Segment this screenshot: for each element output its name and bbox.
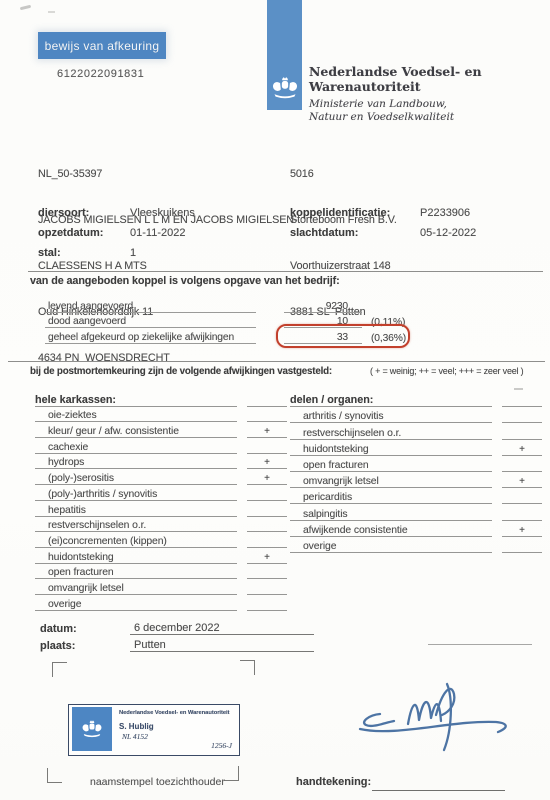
checklist-title: hele karkassen: xyxy=(35,394,237,407)
checklist-title: delen / organen: xyxy=(290,394,492,407)
item-label: cachexie xyxy=(35,442,237,454)
list-item: afwijkende consistentie+ xyxy=(290,521,542,537)
place-row: plaats: Putten xyxy=(40,635,320,652)
place-label: plaats: xyxy=(40,640,130,652)
item-label: omvangrijk letsel xyxy=(35,583,237,595)
checklist-header: hele karkassen: xyxy=(35,391,287,407)
parts-organs-checklist: delen / organen: arthritis / synovitis r… xyxy=(290,391,542,553)
row-label: dood aangevoerd xyxy=(45,316,256,328)
date-place-block: datum: 6 december 2022 plaats: Putten xyxy=(40,618,320,652)
list-item: pericarditis xyxy=(290,488,542,504)
item-mark: + xyxy=(247,457,287,469)
item-mark xyxy=(502,422,542,423)
row-label: geheel afgekeurd op ziekelijke afwijking… xyxy=(45,332,256,344)
legend-text: ( + = weinig; ++ = veel; +++ = zeer veel… xyxy=(370,366,523,376)
logo-banner xyxy=(267,0,302,110)
declaration-heading: van de aangeboden koppel is volgens opga… xyxy=(30,275,340,287)
org-name-line1: Nederlandse Voedsel- en xyxy=(309,65,482,80)
item-label: (poly-)serositis xyxy=(35,473,237,485)
slaughterhouse-line: 5016 xyxy=(290,167,520,182)
item-label: afwijkende consistentie xyxy=(290,525,492,537)
stamp-org-name: Nederlandse Voedsel- en Warenautoriteit xyxy=(119,710,233,716)
section-divider xyxy=(8,361,545,362)
field-row: slachtdatum: 05-12-2022 xyxy=(290,223,545,243)
item-label: (poly-)arthritis / synovitis xyxy=(35,489,237,501)
field-value: Vleeskuikens xyxy=(130,207,195,219)
item-mark xyxy=(502,503,542,504)
item-label: open fracturen xyxy=(35,567,237,579)
list-item: huidontsteking+ xyxy=(35,548,287,564)
field-value: 01-11-2022 xyxy=(130,227,185,239)
date-row: datum: 6 december 2022 xyxy=(40,618,320,635)
item-mark xyxy=(247,594,287,595)
table-row: levend aangevoerd 9230 xyxy=(45,297,475,313)
field-label: koppelidentificatie: xyxy=(290,207,420,219)
mark-cell xyxy=(502,406,542,407)
org-header: Nederlandse Voedsel- en Warenautoriteit … xyxy=(309,65,482,125)
item-label: pericarditis xyxy=(290,492,492,504)
scan-stray-line xyxy=(428,644,532,645)
scan-smudge xyxy=(48,11,55,13)
item-mark xyxy=(247,578,287,579)
item-label: salpingitis xyxy=(290,509,492,521)
item-mark: + xyxy=(247,426,287,438)
section-divider xyxy=(28,271,543,272)
field-value: 05-12-2022 xyxy=(420,227,476,239)
stamp-frame-corner xyxy=(52,662,67,677)
ministry-line1: Ministerie van Landbouw, xyxy=(309,98,482,112)
coat-of-arms-icon xyxy=(271,76,299,105)
list-item: huidontsteking+ xyxy=(290,440,542,456)
inspector-name-stamp: Nederlandse Voedsel- en Warenautoriteit … xyxy=(68,704,240,756)
stamp-frame-corner xyxy=(224,766,239,781)
stamp-frame-corner xyxy=(240,660,255,675)
list-item: (poly-)arthritis / synovitis xyxy=(35,485,287,501)
field-label: diersoort: xyxy=(38,207,130,219)
list-item: (ei)concrementen (kippen) xyxy=(35,532,287,548)
list-item: (poly-)serositis+ xyxy=(35,469,287,485)
handwritten-signature-icon xyxy=(348,668,518,756)
item-mark xyxy=(502,552,542,553)
stamp-registration-number: NL 4152 xyxy=(122,732,233,741)
item-mark xyxy=(247,453,287,454)
list-item: kleur/ geur / afw. consistentie+ xyxy=(35,422,287,438)
field-row: diersoort: Vleeskuikens xyxy=(38,203,283,223)
checklist-header: delen / organen: xyxy=(290,391,542,407)
field-label: slachtdatum: xyxy=(290,227,420,239)
addressee-line: NL_50-35397 xyxy=(38,167,313,182)
item-mark: + xyxy=(247,473,287,485)
fields-left: diersoort: Vleeskuikens opzetdatum: 01-1… xyxy=(38,203,283,263)
item-label: (ei)concrementen (kippen) xyxy=(35,536,237,548)
item-mark xyxy=(502,439,542,440)
item-label: restverschijnselen o.r. xyxy=(35,520,237,532)
table-row: dood aangevoerd 10 (0,11%) xyxy=(45,313,475,329)
org-name-line2: Warenautoriteit xyxy=(309,80,482,95)
list-item: open fracturen xyxy=(35,564,287,580)
item-label: kleur/ geur / afw. consistentie xyxy=(35,426,237,438)
addressee-line: 4634 PN WOENSDRECHT xyxy=(38,351,313,366)
field-row: koppelidentificatie: P2233906 xyxy=(290,203,545,223)
list-item: arthritis / synovitis xyxy=(290,407,542,423)
list-item: cachexie xyxy=(35,438,287,454)
item-mark xyxy=(247,610,287,611)
postmortem-heading: bij de postmortemkeuring zijn de volgend… xyxy=(30,366,332,377)
scanned-document-page: bewijs van afkeuring 6122022091831 Neder… xyxy=(0,0,550,800)
item-mark xyxy=(247,531,287,532)
list-item: hydrops+ xyxy=(35,454,287,470)
item-mark xyxy=(247,516,287,517)
list-item: oie-ziektes xyxy=(35,407,287,423)
item-label: hepatitis xyxy=(35,505,237,517)
item-mark xyxy=(502,520,542,521)
list-item: overige xyxy=(35,595,287,611)
list-item: omvangrijk letsel+ xyxy=(290,472,542,488)
field-row: opzetdatum: 01-11-2022 xyxy=(38,223,283,243)
doc-type-badge: bewijs van afkeuring xyxy=(38,32,166,59)
list-item: restverschijnselen o.r. xyxy=(290,423,542,439)
stamp-code: 1256-J xyxy=(211,741,232,750)
item-mark: + xyxy=(247,552,287,564)
mark-cell xyxy=(247,406,287,407)
fields-right: koppelidentificatie: P2233906 slachtdatu… xyxy=(290,203,545,243)
doc-type-label: bewijs van afkeuring xyxy=(45,39,160,53)
field-value: P2233906 xyxy=(420,207,470,219)
field-label: opzetdatum: xyxy=(38,227,130,239)
list-item: open fracturen xyxy=(290,456,542,472)
date-value: 6 december 2022 xyxy=(130,622,314,635)
row-value: 9230 xyxy=(284,301,362,313)
item-label: hydrops xyxy=(35,457,237,469)
list-item: omvangrijk letsel xyxy=(35,579,287,595)
item-mark: + xyxy=(502,525,542,537)
red-highlight-circle xyxy=(276,324,410,348)
item-label: huidontsteking xyxy=(290,444,492,456)
scan-smudge xyxy=(20,5,31,11)
signature-label: handtekening: xyxy=(296,776,371,788)
list-item: overige xyxy=(290,537,542,553)
item-mark: + xyxy=(502,444,542,456)
signature-line xyxy=(372,790,505,791)
scan-artifact-dash xyxy=(514,388,523,390)
item-label: restverschijnselen o.r. xyxy=(290,428,492,440)
item-label: omvangrijk letsel xyxy=(290,476,492,488)
coat-of-arms-icon xyxy=(72,707,112,751)
ministry-line2: Natuur en Voedselkwaliteit xyxy=(309,111,482,125)
item-mark: + xyxy=(502,476,542,488)
carcasses-checklist: hele karkassen: oie-ziektes kleur/ geur … xyxy=(35,391,287,611)
declaration-table: levend aangevoerd 9230 dood aangevoerd 1… xyxy=(45,297,475,344)
item-label: overige xyxy=(35,599,237,611)
list-item: salpingitis xyxy=(290,504,542,520)
item-mark xyxy=(247,500,287,501)
stamp-inspector-name: S. Hublig xyxy=(119,722,233,731)
item-label: arthritis / synovitis xyxy=(290,411,492,423)
item-label: oie-ziektes xyxy=(35,410,237,422)
item-mark xyxy=(247,421,287,422)
doc-number: 6122022091831 xyxy=(57,68,144,80)
date-label: datum: xyxy=(40,623,130,635)
list-item: hepatitis xyxy=(35,501,287,517)
table-row: geheel afgekeurd op ziekelijke afwijking… xyxy=(45,328,475,344)
item-label: open fracturen xyxy=(290,460,492,472)
item-mark xyxy=(502,471,542,472)
field-label: stal: xyxy=(38,247,130,259)
row-label: levend aangevoerd xyxy=(45,301,256,313)
item-label: huidontsteking xyxy=(35,552,237,564)
place-value: Putten xyxy=(130,639,314,652)
item-mark xyxy=(247,547,287,548)
stamp-frame-corner xyxy=(47,768,62,783)
item-label: overige xyxy=(290,541,492,553)
addressee-block: NL_50-35397 JACOBS MIGIELSEN L L M EN JA… xyxy=(38,136,313,397)
field-row: stal: 1 xyxy=(38,243,283,263)
list-item: restverschijnselen o.r. xyxy=(35,517,287,533)
stamp-caption: naamstempel toezichthouder xyxy=(90,776,225,788)
field-value: 1 xyxy=(130,247,136,259)
